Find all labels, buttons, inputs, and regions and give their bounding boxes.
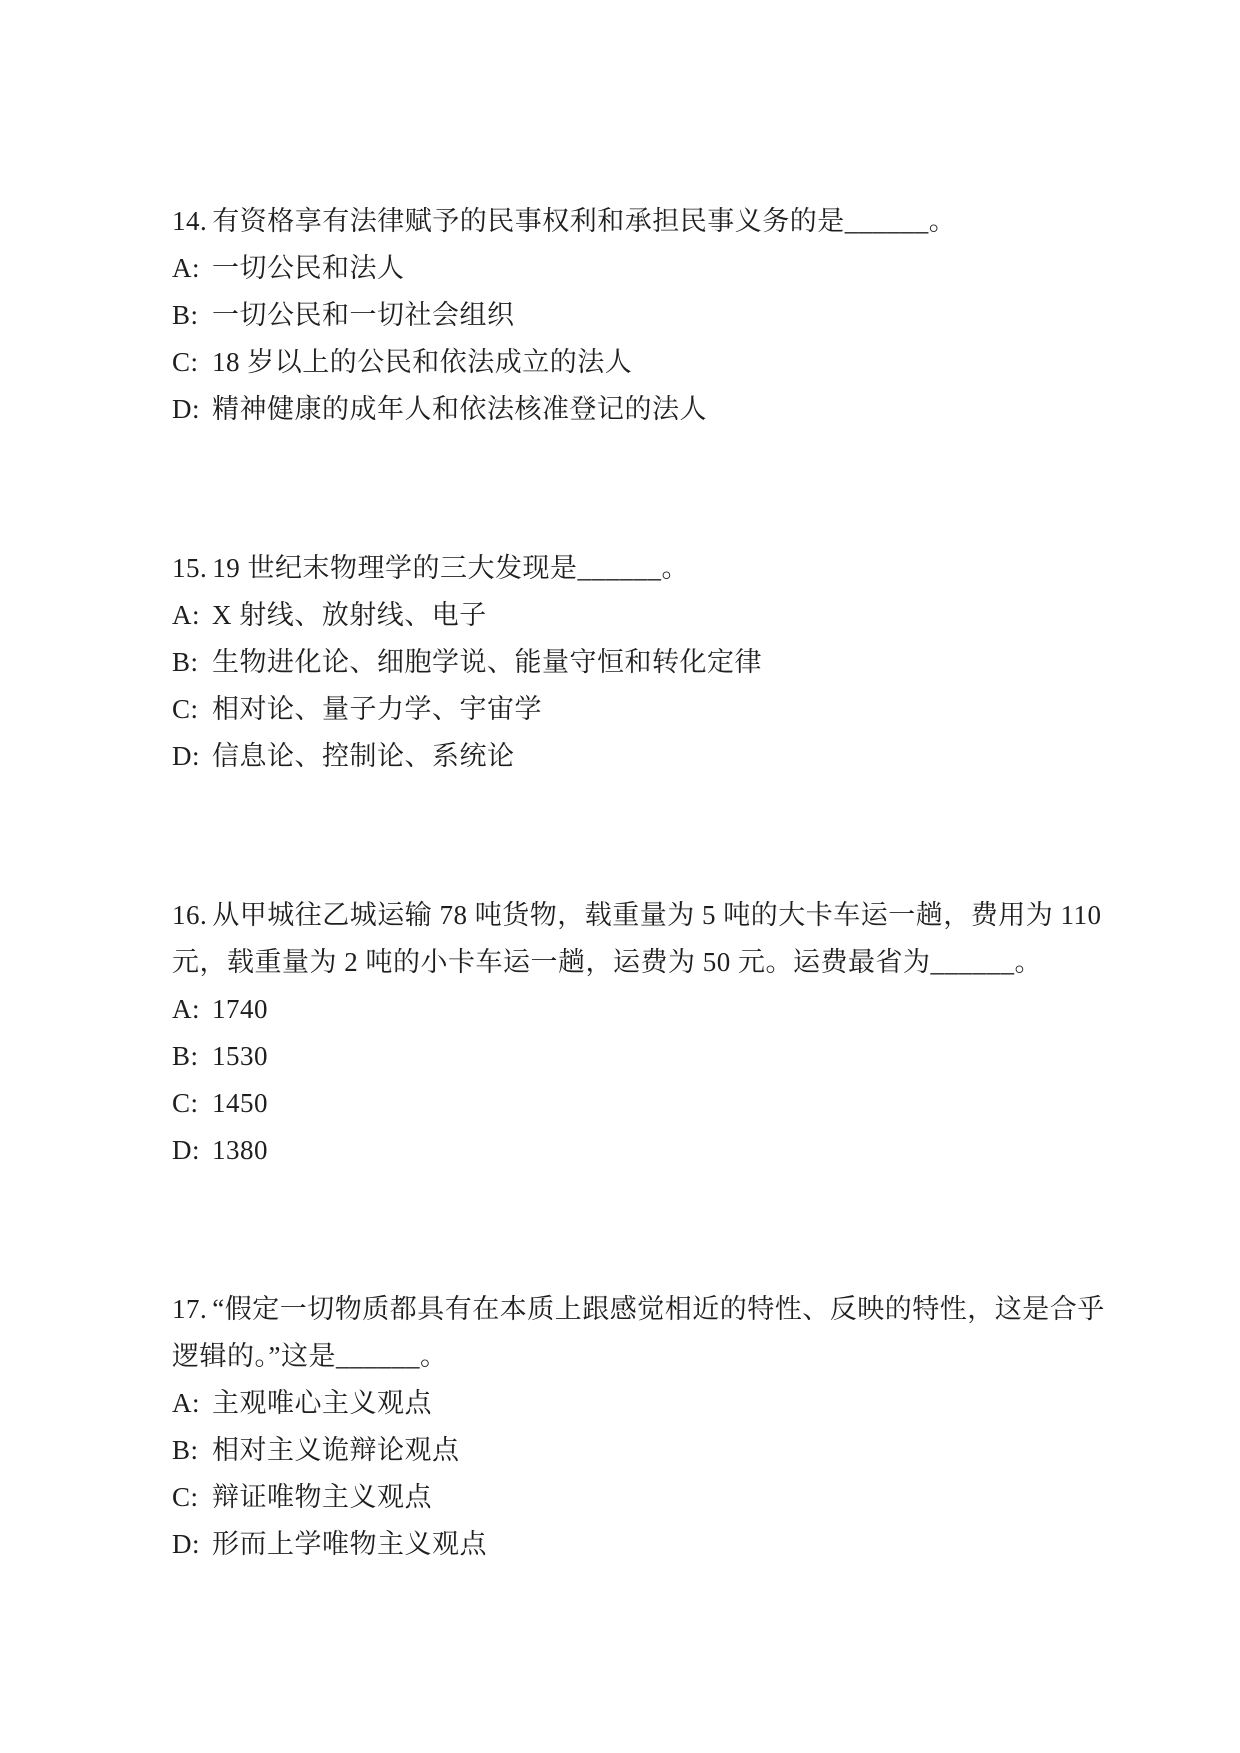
option-label: C:	[172, 1080, 212, 1127]
option-label: D:	[172, 733, 212, 780]
question-15-option-b: B:生物进化论、细胞学说、能量守恒和转化定律	[172, 639, 1052, 686]
question-17-text-line-2: 逻辑的。”这是______。	[172, 1333, 1052, 1380]
question-16-text-line-2: 元，载重量为 2 吨的小卡车运一趟，运费为 50 元。运费最省为______。	[172, 939, 1052, 986]
question-16-text-line-1: 16.从甲城往乙城运输 78 吨货物，载重量为 5 吨的大卡车运一趟，费用为 1…	[172, 892, 1052, 939]
option-text: 一切公民和一切社会组织	[212, 300, 515, 330]
questions-list: 14.有资格享有法律赋予的民事权利和承担民事义务的是______。 A:一切公民…	[172, 198, 1052, 1568]
question-16-stem: 从甲城往乙城运输 78 吨货物，载重量为 5 吨的大卡车运一趟，费用为 110	[212, 900, 1101, 930]
option-text: 精神健康的成年人和依法核准登记的法人	[212, 394, 707, 424]
question-17-option-c: C:辩证唯物主义观点	[172, 1474, 1052, 1521]
question-15-option-a: A:X 射线、放射线、电子	[172, 592, 1052, 639]
option-text: X 射线、放射线、电子	[212, 600, 487, 630]
question-14-text: 14.有资格享有法律赋予的民事权利和承担民事义务的是______。	[172, 198, 1052, 245]
question-17-stem: “假定一切物质都具有在本质上跟感觉相近的特性、反映的特性，这是合乎	[212, 1294, 1104, 1324]
option-label: D:	[172, 386, 212, 433]
option-text: 1740	[212, 994, 268, 1024]
question-16-option-a: A:1740	[172, 986, 1052, 1033]
option-text: 1380	[212, 1135, 268, 1165]
option-text: 一切公民和法人	[212, 253, 405, 283]
question-17-text-line-1: 17.“假定一切物质都具有在本质上跟感觉相近的特性、反映的特性，这是合乎	[172, 1286, 1052, 1333]
question-17-option-a: A:主观唯心主义观点	[172, 1380, 1052, 1427]
option-label: C:	[172, 339, 212, 386]
question-17: 17.“假定一切物质都具有在本质上跟感觉相近的特性、反映的特性，这是合乎 逻辑的…	[172, 1286, 1052, 1568]
option-text: 18 岁以上的公民和依法成立的法人	[212, 347, 632, 377]
question-15-option-d: D:信息论、控制论、系统论	[172, 733, 1052, 780]
question-16-option-b: B:1530	[172, 1033, 1052, 1080]
option-label: D:	[172, 1521, 212, 1568]
question-17-number: 17.	[172, 1286, 207, 1333]
question-16-option-c: C:1450	[172, 1080, 1052, 1127]
question-14: 14.有资格享有法律赋予的民事权利和承担民事义务的是______。 A:一切公民…	[172, 198, 1052, 433]
option-text: 相对主义诡辩论观点	[212, 1435, 460, 1465]
option-label: B:	[172, 1033, 212, 1080]
question-17-option-d: D:形而上学唯物主义观点	[172, 1521, 1052, 1568]
question-14-option-d: D:精神健康的成年人和依法核准登记的法人	[172, 386, 1052, 433]
question-16: 16.从甲城往乙城运输 78 吨货物，载重量为 5 吨的大卡车运一趟，费用为 1…	[172, 892, 1052, 1174]
question-15-option-c: C:相对论、量子力学、宇宙学	[172, 686, 1052, 733]
option-text: 辩证唯物主义观点	[212, 1482, 432, 1512]
option-text: 生物进化论、细胞学说、能量守恒和转化定律	[212, 647, 762, 677]
question-14-option-b: B:一切公民和一切社会组织	[172, 292, 1052, 339]
question-15: 15.19 世纪末物理学的三大发现是______。 A:X 射线、放射线、电子 …	[172, 545, 1052, 780]
option-label: A:	[172, 986, 212, 1033]
option-text: 信息论、控制论、系统论	[212, 741, 515, 771]
option-text: 形而上学唯物主义观点	[212, 1529, 487, 1559]
question-14-number: 14.	[172, 198, 207, 245]
option-label: C:	[172, 1474, 212, 1521]
option-text: 1530	[212, 1041, 268, 1071]
question-17-option-b: B:相对主义诡辩论观点	[172, 1427, 1052, 1474]
question-15-text: 15.19 世纪末物理学的三大发现是______。	[172, 545, 1052, 592]
option-label: B:	[172, 639, 212, 686]
option-label: B:	[172, 292, 212, 339]
document-page: 14.有资格享有法律赋予的民事权利和承担民事义务的是______。 A:一切公民…	[0, 0, 1240, 1753]
question-15-number: 15.	[172, 545, 207, 592]
question-16-number: 16.	[172, 892, 207, 939]
question-15-stem: 19 世纪末物理学的三大发现是______。	[212, 553, 689, 583]
option-label: B:	[172, 1427, 212, 1474]
question-14-stem: 有资格享有法律赋予的民事权利和承担民事义务的是______。	[212, 206, 956, 236]
option-text: 相对论、量子力学、宇宙学	[212, 694, 542, 724]
question-14-option-c: C:18 岁以上的公民和依法成立的法人	[172, 339, 1052, 386]
option-label: C:	[172, 686, 212, 733]
option-label: A:	[172, 592, 212, 639]
option-label: D:	[172, 1127, 212, 1174]
question-14-option-a: A:一切公民和法人	[172, 245, 1052, 292]
option-label: A:	[172, 245, 212, 292]
option-text: 主观唯心主义观点	[212, 1388, 432, 1418]
option-label: A:	[172, 1380, 212, 1427]
option-text: 1450	[212, 1088, 268, 1118]
question-16-option-d: D:1380	[172, 1127, 1052, 1174]
